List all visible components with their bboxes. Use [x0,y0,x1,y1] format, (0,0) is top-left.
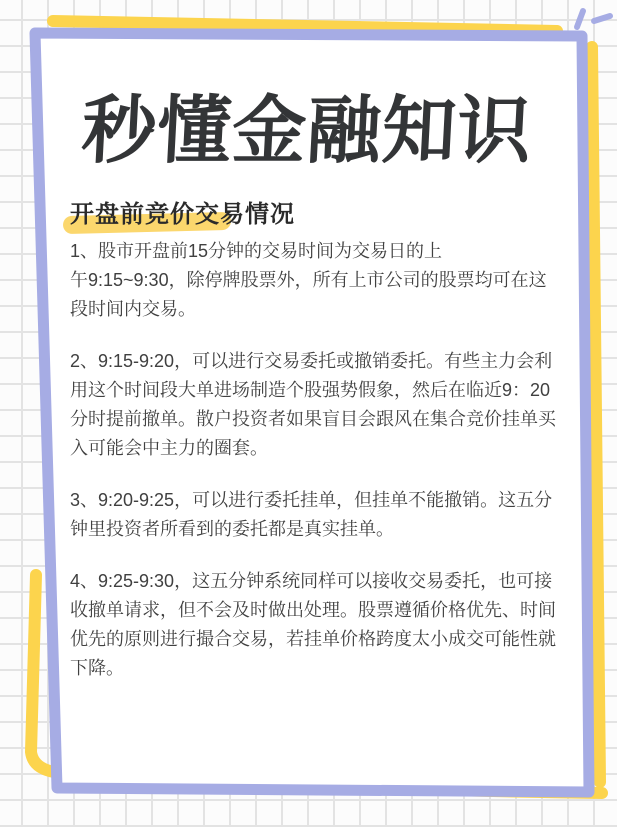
card-content: 秒懂金融知识 开盘前竞价交易情况 1、股市开盘前15分钟的交易时间为交易日的上 … [0,0,617,827]
paragraph-1: 1、股市开盘前15分钟的交易时间为交易日的上 午9:15~9:30，除停牌股票外… [70,237,557,324]
poster-page: 秒懂金融知识 开盘前竞价交易情况 1、股市开盘前15分钟的交易时间为交易日的上 … [0,0,617,827]
page-title: 秒懂金融知识 [37,72,578,178]
section-heading: 开盘前竞价交易情况 [70,194,295,229]
paragraph-2: 2、9:15-9:20，可以进行交易委托或撤销委托。有些主力会利 用这个时间段大… [70,347,557,463]
paragraph-4: 4、9:25-9:30，这五分钟系统同样可以接收交易委托，也可接 收撤单请求，但… [70,567,557,683]
section-heading-text: 开盘前竞价交易情况 [70,201,295,228]
body-text: 1、股市开盘前15分钟的交易时间为交易日的上 午9:15~9:30，除停牌股票外… [70,237,557,706]
paragraph-3: 3、9:20-9:25，可以进行委托挂单，但挂单不能撤销。这五分 钟里投资者所看… [70,486,557,544]
